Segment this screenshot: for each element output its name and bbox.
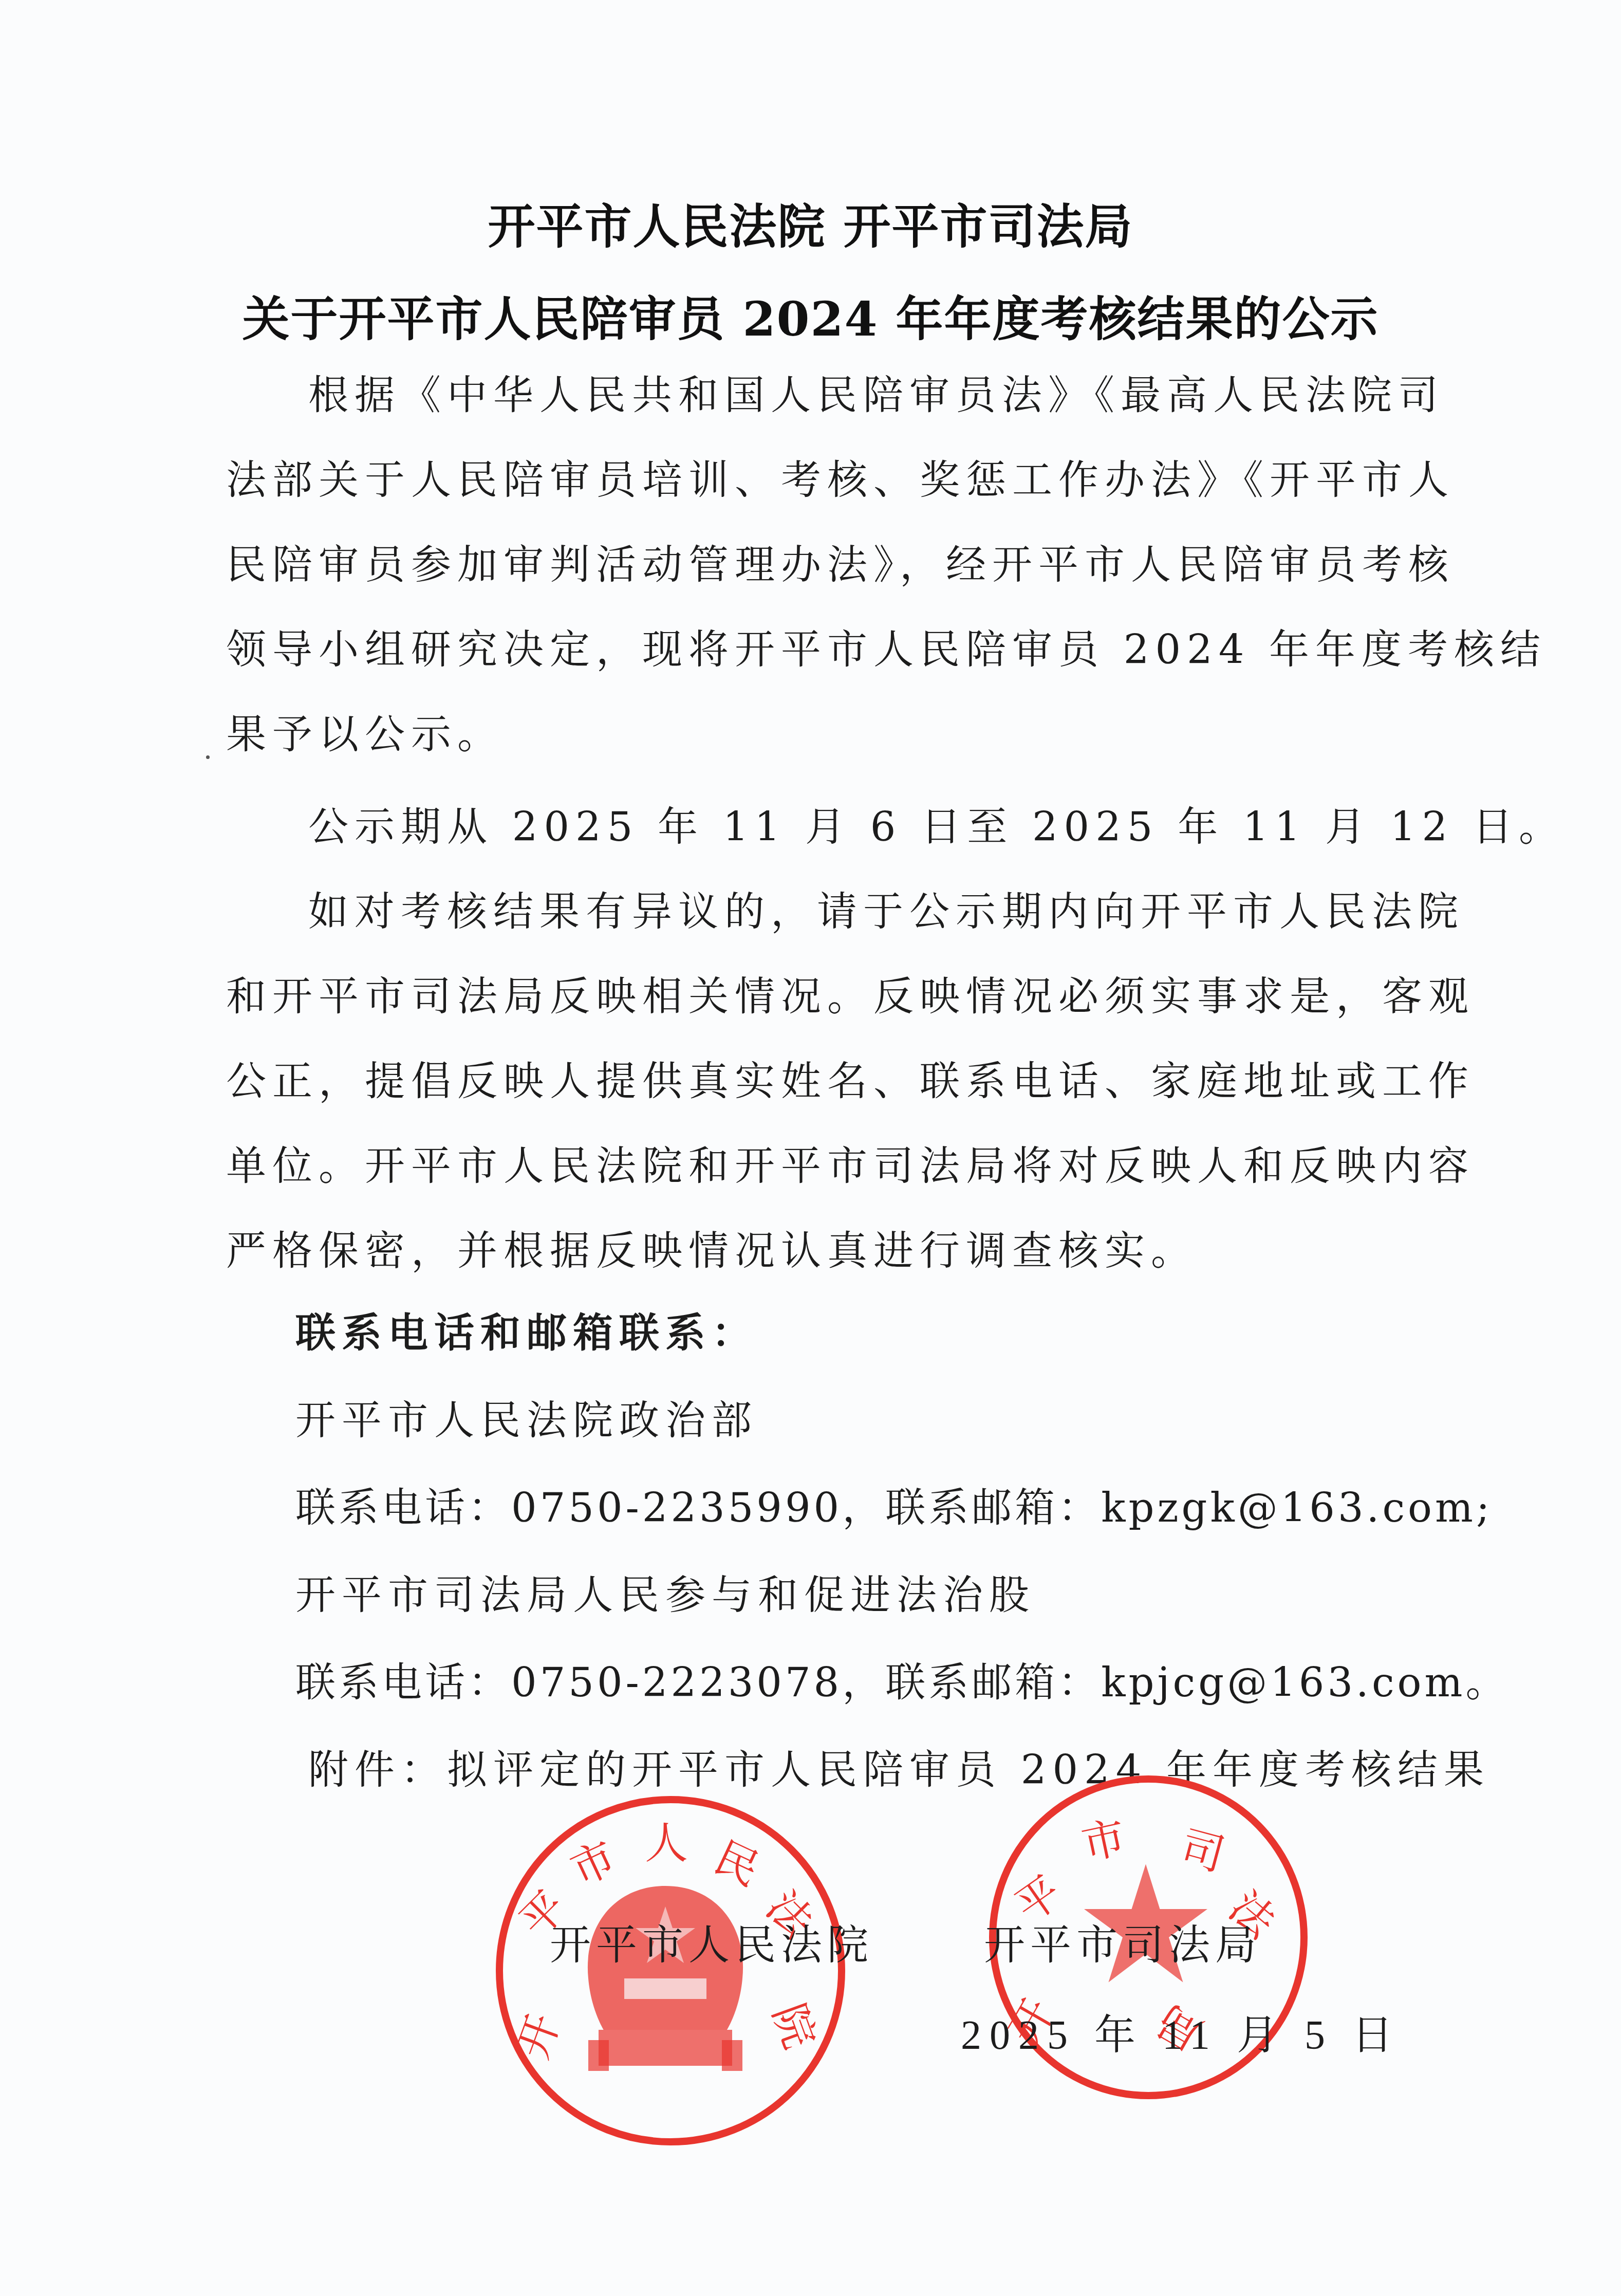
- seal-char: 人: [645, 1809, 688, 1871]
- signature-bureau: 开平市司法局: [984, 1912, 1261, 1971]
- signature-court: 开平市人民法院: [550, 1912, 873, 1971]
- body-line: 果予以公示。: [226, 709, 1413, 761]
- document-page: 开平市人民法院 开平市司法局 关于开平市人民陪审员 2024 年年度考核结果的公…: [0, 0, 1621, 2296]
- body-line: 严格保密，并根据反映情况认真进行调查核实。: [226, 1226, 1413, 1277]
- bureau-contact: 联系电话：0750-2223078，联系邮箱：kpjcg@163.com。: [295, 1657, 1482, 1709]
- body-line: 领导小组研究决定，现将开平市人民陪审员 2024 年年度考核结: [226, 624, 1413, 676]
- title-issuers: 开平市人民法院 开平市司法局: [0, 189, 1621, 257]
- body-line: 民陪审员参加审判活动管理办法》，经开平市人民陪审员考核: [226, 540, 1413, 591]
- body-line: 单位。开平市人民法院和开平市司法局将对反映人和反映内容: [226, 1141, 1413, 1192]
- contacts-heading: 联系电话和邮箱联系：: [295, 1308, 1482, 1359]
- national-emblem-icon: [568, 1876, 763, 2081]
- body-line: 如对考核结果有异议的，请于公示期内向开平市人民法院: [308, 886, 1413, 938]
- body-line: 公正，提倡反映人提供真实姓名、联系电话、家庭地址或工作: [226, 1056, 1413, 1107]
- body-line: 和开平市司法局反映相关情况。反映情况必须实事求是，客观: [226, 971, 1413, 1023]
- publication-period: 公示期从 2025 年 11 月 6 日至 2025 年 11 月 12 日。: [308, 802, 1413, 853]
- court-contact: 联系电话：0750-2235990，联系邮箱：kpzgk@163.com;: [295, 1483, 1482, 1534]
- body-line: 根据《中华人民共和国人民陪审员法》《最高人民法院司: [308, 370, 1413, 421]
- bureau-department: 开平市司法局人民参与和促进法治股: [295, 1570, 1482, 1621]
- title-subject: 关于开平市人民陪审员 2024 年年度考核结果的公示: [0, 282, 1621, 349]
- scan-speck: [206, 755, 210, 759]
- body-line: 法部关于人民陪审员培训、考核、奖惩工作办法》《开平市人: [226, 455, 1413, 506]
- attachment-note: 附件：拟评定的开平市人民陪审员 2024 年年度考核结果: [308, 1745, 1495, 1796]
- court-department: 开平市人民法院政治部: [295, 1395, 1482, 1447]
- signature-date: 2025 年 11 月 5 日: [961, 2002, 1401, 2061]
